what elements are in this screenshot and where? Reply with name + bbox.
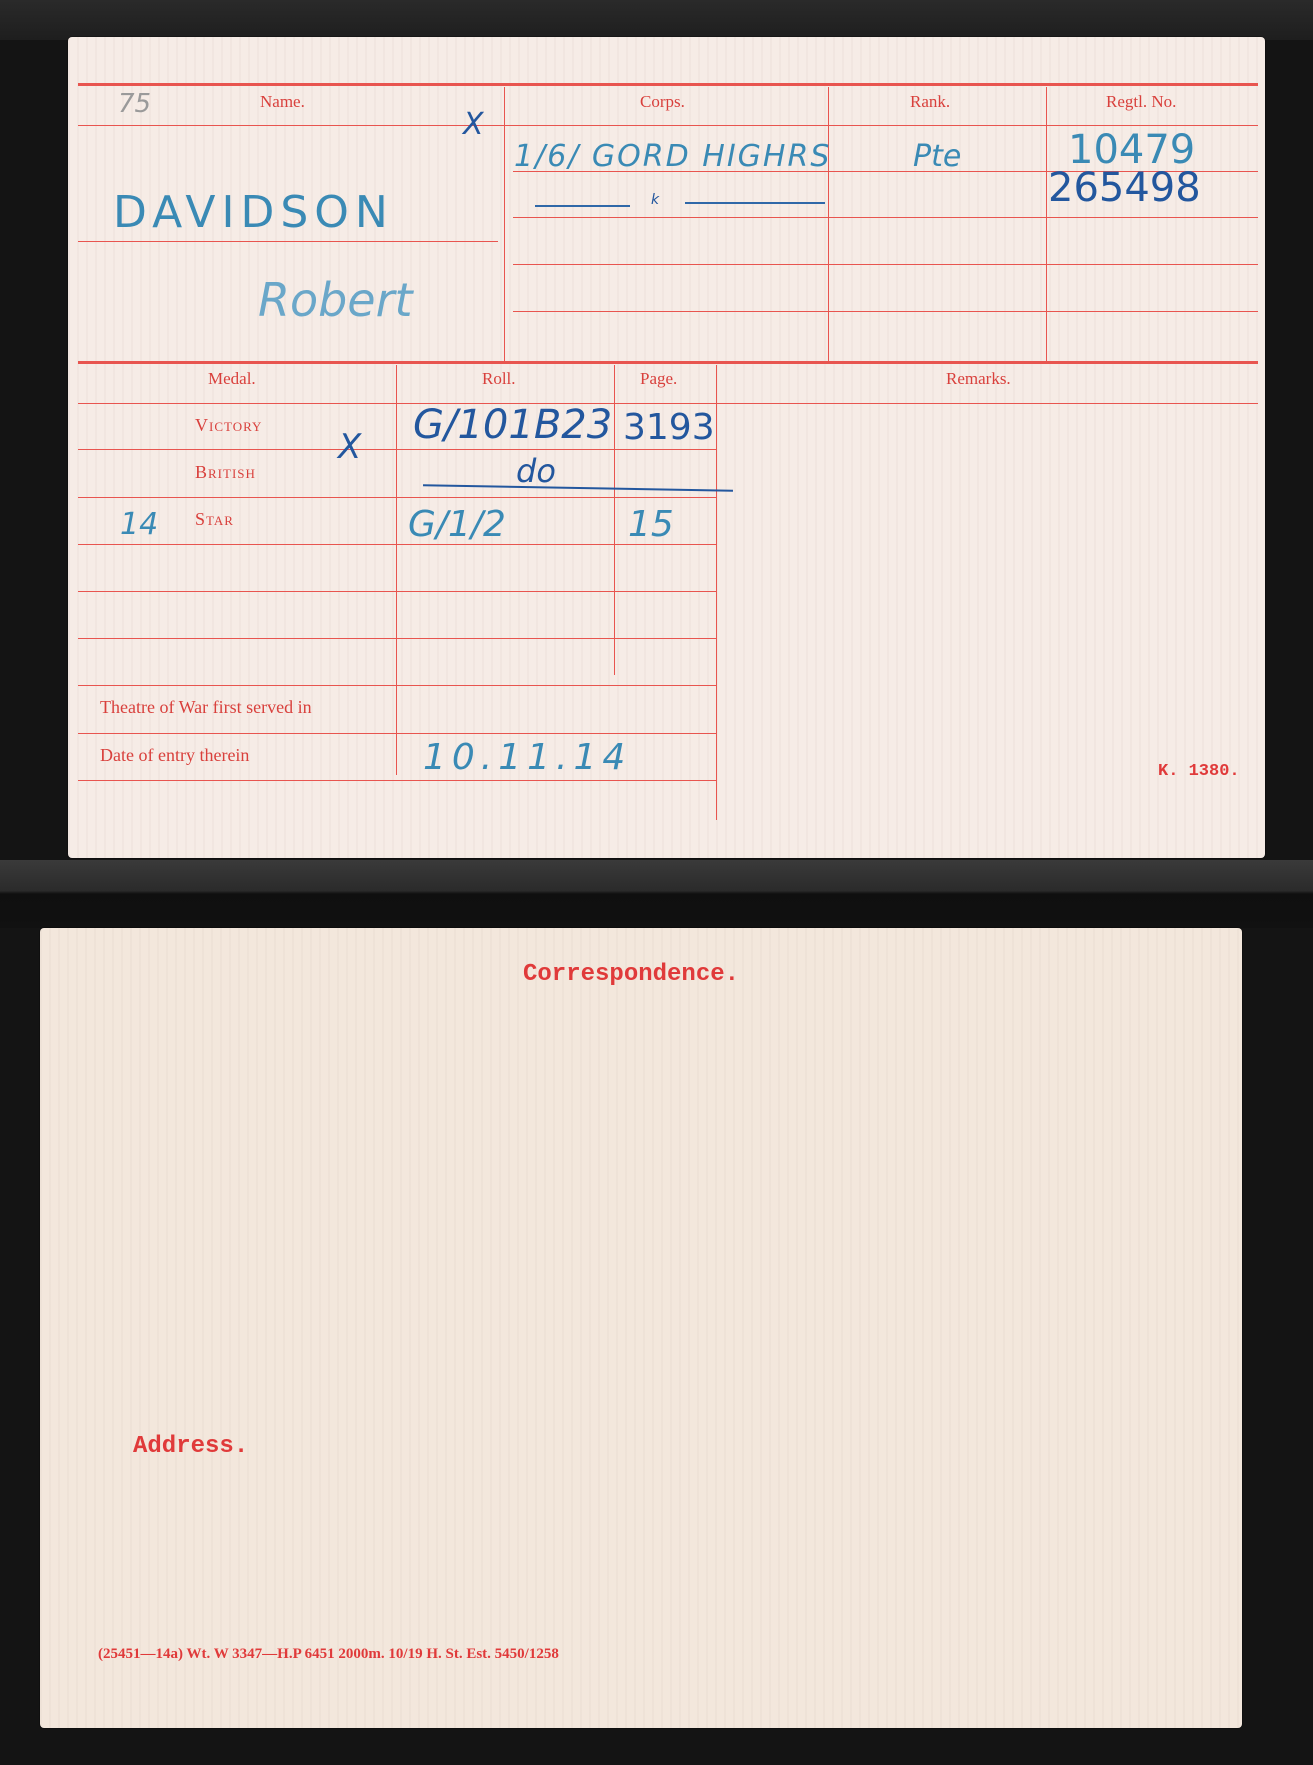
scan-background-divider bbox=[0, 860, 1313, 928]
address-label: Address. bbox=[133, 1433, 248, 1460]
name-line-1 bbox=[78, 241, 498, 242]
surname-value: DAVIDSON bbox=[113, 187, 394, 238]
remarks-label: Remarks. bbox=[946, 369, 1011, 389]
top-rule bbox=[78, 83, 1258, 86]
star-roll: G/1/2 bbox=[408, 504, 506, 545]
roll-divider bbox=[396, 365, 397, 775]
corps-underline-left bbox=[535, 205, 630, 207]
header-underline bbox=[78, 125, 1258, 126]
medal-line-3 bbox=[78, 544, 716, 545]
correspondence-label: Correspondence. bbox=[523, 961, 739, 988]
row-line-4 bbox=[513, 311, 1258, 312]
ditto-underline bbox=[423, 484, 733, 491]
medal-line-1 bbox=[78, 449, 716, 450]
row-line-2 bbox=[513, 217, 1258, 218]
printer-line: (25451—14a) Wt. W 3347—H.P 6451 2000m. 1… bbox=[98, 1646, 559, 1663]
scan-background-top bbox=[0, 0, 1313, 40]
section-divider bbox=[78, 361, 1258, 364]
regtl-divider bbox=[1046, 87, 1047, 362]
remarks-divider bbox=[716, 365, 717, 820]
regtl-no-label: Regtl. No. bbox=[1106, 92, 1176, 112]
date-entry-label: Date of entry therein bbox=[100, 745, 249, 766]
corps-divider bbox=[504, 87, 505, 362]
rank-divider bbox=[828, 87, 829, 362]
star-page: 15 bbox=[628, 504, 674, 545]
theatre-line bbox=[78, 733, 716, 734]
medal-british: British bbox=[195, 462, 256, 483]
row-line-3 bbox=[513, 264, 1258, 265]
date-entry-value: 10.11.14 bbox=[423, 737, 631, 778]
medal-line-2 bbox=[78, 497, 716, 498]
page-label: Page. bbox=[640, 369, 677, 389]
pencil-number: 75 bbox=[118, 89, 151, 119]
star-prefix: 14 bbox=[120, 507, 158, 542]
medal-line-6 bbox=[78, 685, 716, 686]
corps-label: Corps. bbox=[640, 92, 685, 112]
medal-label: Medal. bbox=[208, 369, 256, 389]
regtl-number-2: 265498 bbox=[1048, 165, 1201, 211]
rank-value: Pte bbox=[913, 139, 961, 174]
corps-underline-right bbox=[685, 202, 825, 204]
british-roll: do bbox=[516, 452, 556, 490]
name-label: Name. bbox=[260, 92, 305, 112]
medal-header-line bbox=[78, 403, 1258, 404]
medal-index-card-front: Name. Corps. Rank. Regtl. No. 75 DAVIDSO… bbox=[68, 37, 1265, 858]
form-code: K. 1380. bbox=[1158, 762, 1240, 781]
medal-victory: Victory bbox=[195, 415, 262, 436]
medal-star: Star bbox=[195, 509, 234, 530]
victory-page: 3193 bbox=[623, 407, 715, 448]
theatre-label: Theatre of War first served in bbox=[100, 697, 312, 718]
corps-value: 1/6/ GORD HIGHRS bbox=[514, 139, 831, 174]
victory-roll: G/101B23 bbox=[413, 402, 612, 448]
medal-line-5 bbox=[78, 638, 716, 639]
medal-line-4 bbox=[78, 591, 716, 592]
forename-value: Robert bbox=[258, 273, 413, 327]
medal-cross-mark: X bbox=[338, 427, 361, 467]
corps-sub-mark: k bbox=[651, 192, 659, 208]
page-divider bbox=[614, 365, 615, 675]
corps-cross-mark: X bbox=[463, 107, 484, 142]
roll-label: Roll. bbox=[482, 369, 516, 389]
date-entry-line bbox=[78, 780, 716, 781]
medal-index-card-back: Correspondence. Address. (25451—14a) Wt.… bbox=[40, 928, 1242, 1728]
rank-label: Rank. bbox=[910, 92, 950, 112]
